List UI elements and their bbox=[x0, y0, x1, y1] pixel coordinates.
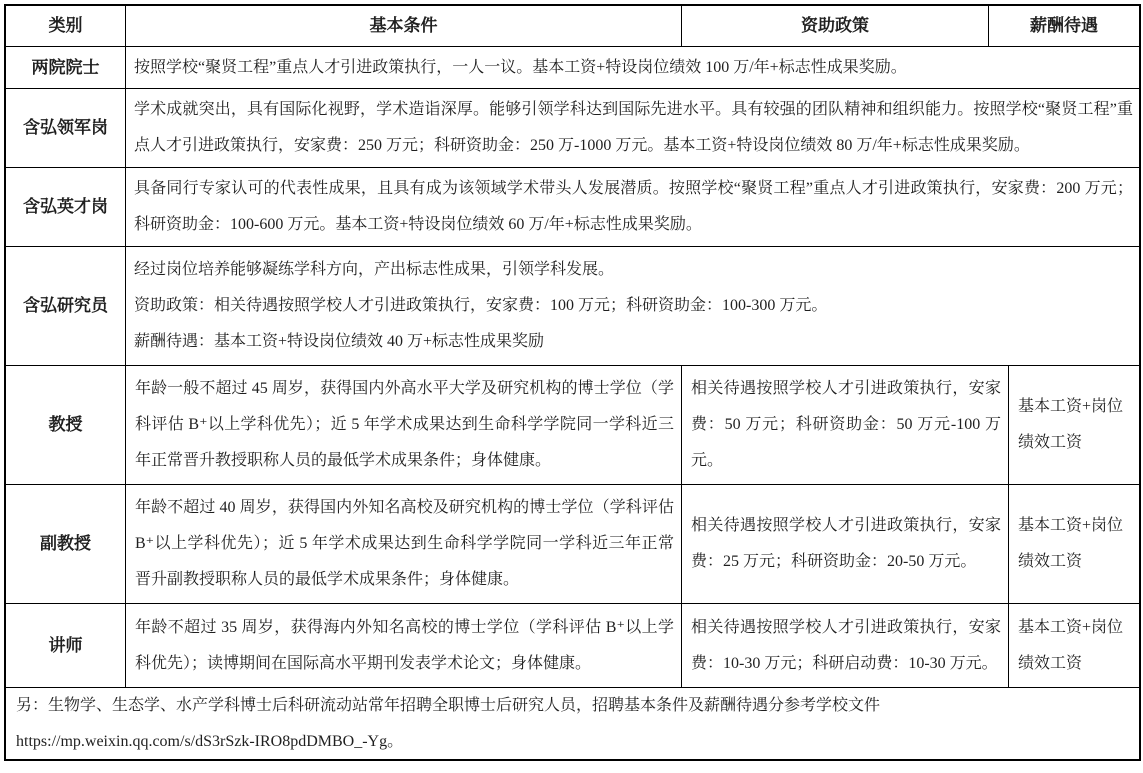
row-professor-label: 教授 bbox=[6, 366, 125, 484]
row-yingcai: 含弘英才岗 具备同行专家认可的代表性成果，且具有成为该领域学术带头人发展潜质。按… bbox=[6, 167, 1139, 246]
row-lingjun-content: 学术成就突出，具有国际化视野，学术造诣深厚。能够引领学科达到国际先进水平。具有较… bbox=[125, 89, 1139, 167]
header-cell-funding: 资助政策 bbox=[681, 6, 988, 46]
row-academician: 两院院士 按照学校“聚贤工程”重点人才引进政策执行，一人一议。基本工资+特设岗位… bbox=[6, 46, 1139, 88]
row-lecturer-salary: 基本工资+岗位绩效工资 bbox=[1008, 604, 1139, 687]
row-yingcai-content: 具备同行专家认可的代表性成果，且具有成为该领域学术带头人发展潜质。按照学校“聚贤… bbox=[125, 168, 1139, 246]
header-cell-category: 类别 bbox=[6, 6, 125, 46]
row-researcher-lines: 经过岗位培养能够凝练学科方向，产出标志性成果，引领学科发展。 资助政策：相关待遇… bbox=[134, 252, 1133, 360]
row-lecturer-label: 讲师 bbox=[6, 604, 125, 687]
table-header-row: 类别 基本条件 资助政策 薪酬待遇 bbox=[6, 6, 1139, 46]
row-professor-funding: 相关待遇按照学校人才引进政策执行，安家费：50 万元；科研资助金：50 万元-1… bbox=[681, 366, 1008, 484]
row-academician-content: 按照学校“聚贤工程”重点人才引进政策执行，一人一议。基本工资+特设岗位绩效 10… bbox=[125, 47, 1139, 88]
row-professor-conditions: 年龄一般不超过 45 周岁，获得国内外高水平大学及研究机构的博士学位（学科评估 … bbox=[125, 366, 681, 484]
row-associate-professor-salary: 基本工资+岗位绩效工资 bbox=[1008, 485, 1139, 603]
row-associate-professor: 副教授 年龄不超过 40 周岁，获得国内外知名高校及研究机构的博士学位（学科评估… bbox=[6, 484, 1139, 603]
row-associate-professor-funding: 相关待遇按照学校人才引进政策执行，安家费：25 万元；科研资助金：20-50 万… bbox=[681, 485, 1008, 603]
row-researcher-label: 含弘研究员 bbox=[6, 247, 125, 365]
row-associate-professor-label: 副教授 bbox=[6, 485, 125, 603]
row-lecturer: 讲师 年龄不超过 35 周岁，获得海内外知名高校的博士学位（学科评估 B⁺以上学… bbox=[6, 603, 1139, 687]
row-researcher-line1: 经过岗位培养能够凝练学科方向，产出标志性成果，引领学科发展。 bbox=[134, 252, 1133, 288]
row-researcher-line3: 薪酬待遇：基本工资+特设岗位绩效 40 万+标志性成果奖励 bbox=[134, 324, 1133, 360]
row-lecturer-funding: 相关待遇按照学校人才引进政策执行，安家费：10-30 万元；科研启动费：10-3… bbox=[681, 604, 1008, 687]
row-footer-note: 另：生物学、生态学、水产学科博士后科研流动站常年招聘全职博士后研究人员，招聘基本… bbox=[6, 687, 1139, 759]
footer-note-url: https://mp.weixin.qq.com/s/dS3rSzk-IRO8p… bbox=[16, 724, 1129, 760]
row-lingjun: 含弘领军岗 学术成就突出，具有国际化视野，学术造诣深厚。能够引领学科达到国际先进… bbox=[6, 88, 1139, 167]
footer-note-line1: 另：生物学、生态学、水产学科博士后科研流动站常年招聘全职博士后研究人员，招聘基本… bbox=[16, 688, 1129, 724]
header-cell-conditions: 基本条件 bbox=[125, 6, 681, 46]
row-researcher: 含弘研究员 经过岗位培养能够凝练学科方向，产出标志性成果，引领学科发展。 资助政… bbox=[6, 246, 1139, 365]
row-yingcai-label: 含弘英才岗 bbox=[6, 168, 125, 246]
row-professor-salary: 基本工资+岗位绩效工资 bbox=[1008, 366, 1139, 484]
footer-note-text: 另：生物学、生态学、水产学科博士后科研流动站常年招聘全职博士后研究人员，招聘基本… bbox=[6, 688, 1139, 759]
recruitment-table: 类别 基本条件 资助政策 薪酬待遇 两院院士 按照学校“聚贤工程”重点人才引进政… bbox=[4, 4, 1141, 761]
footer-note-cell: 另：生物学、生态学、水产学科博士后科研流动站常年招聘全职博士后研究人员，招聘基本… bbox=[6, 688, 1139, 759]
row-professor: 教授 年龄一般不超过 45 周岁，获得国内外高水平大学及研究机构的博士学位（学科… bbox=[6, 365, 1139, 484]
row-academician-label: 两院院士 bbox=[6, 47, 125, 88]
row-associate-professor-conditions: 年龄不超过 40 周岁，获得国内外知名高校及研究机构的博士学位（学科评估 B⁺以… bbox=[125, 485, 681, 603]
row-lingjun-label: 含弘领军岗 bbox=[6, 89, 125, 167]
row-researcher-content: 经过岗位培养能够凝练学科方向，产出标志性成果，引领学科发展。 资助政策：相关待遇… bbox=[125, 247, 1139, 365]
document-page: 类别 基本条件 资助政策 薪酬待遇 两院院士 按照学校“聚贤工程”重点人才引进政… bbox=[0, 0, 1143, 773]
row-researcher-line2: 资助政策：相关待遇按照学校人才引进政策执行，安家费：100 万元；科研资助金：1… bbox=[134, 288, 1133, 324]
header-cell-salary: 薪酬待遇 bbox=[988, 6, 1139, 46]
row-lecturer-conditions: 年龄不超过 35 周岁，获得海内外知名高校的博士学位（学科评估 B⁺以上学科优先… bbox=[125, 604, 681, 687]
